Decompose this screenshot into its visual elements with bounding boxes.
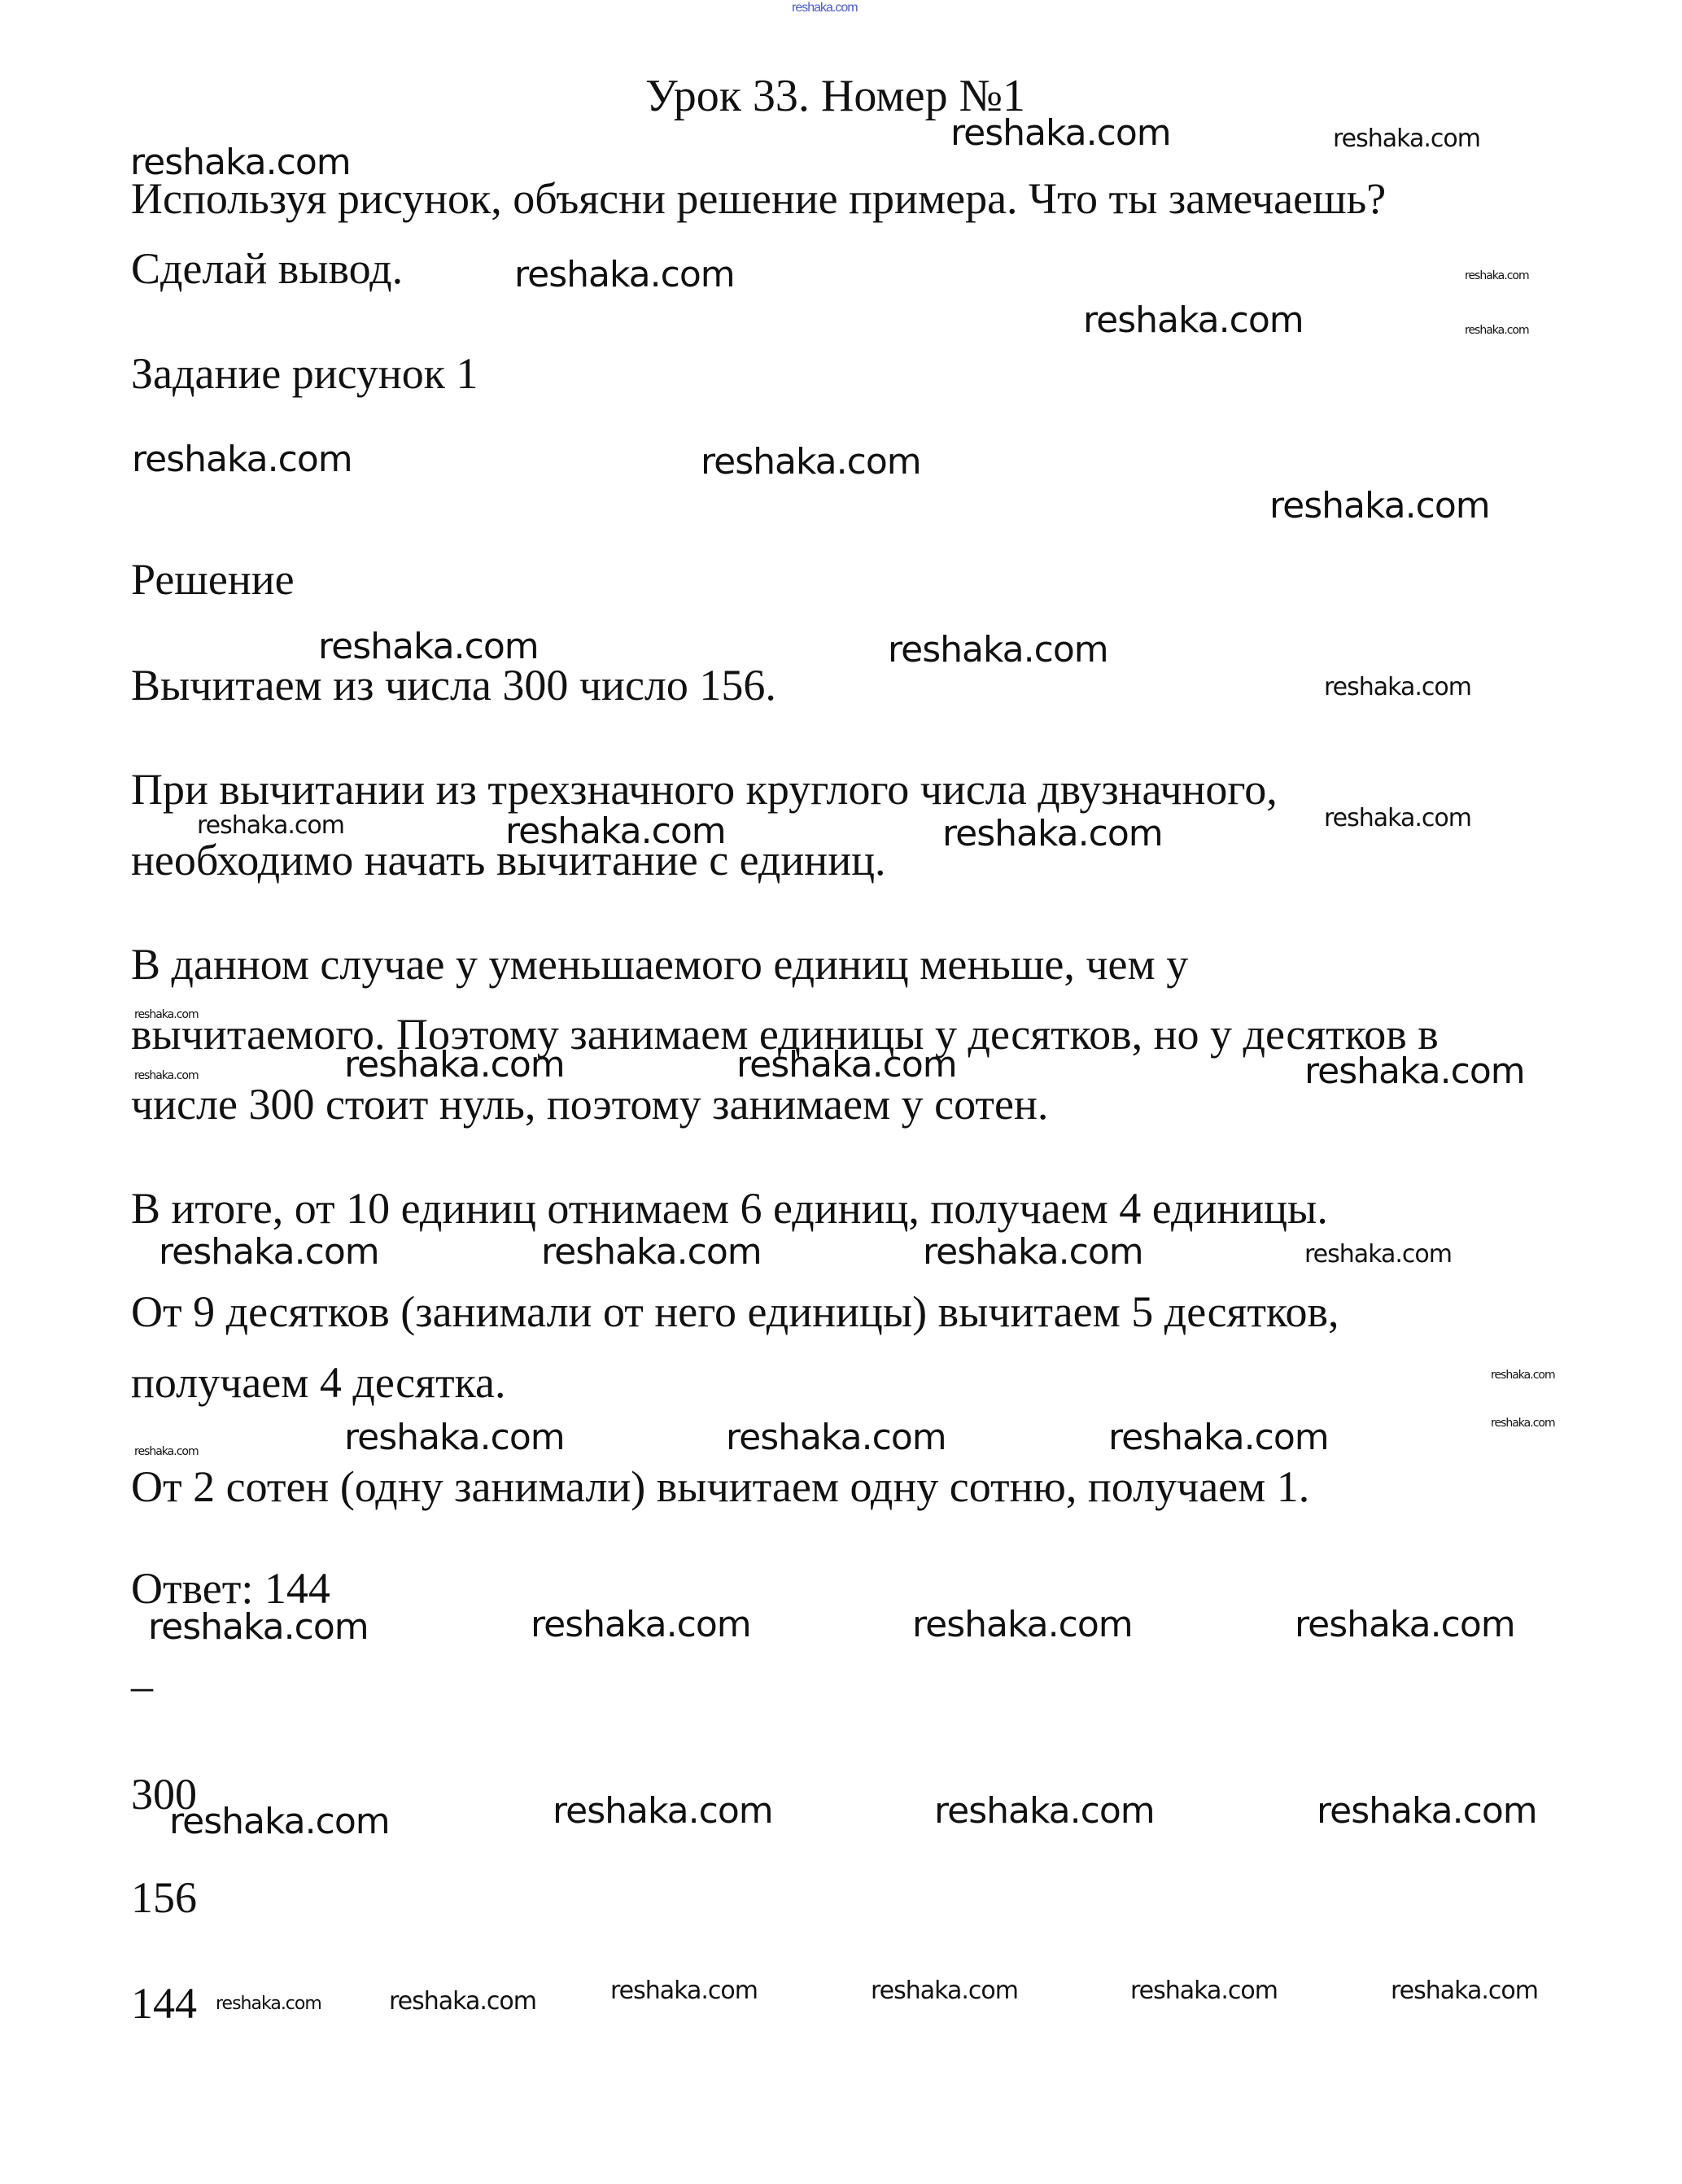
watermark: reshaka.com bbox=[1295, 1607, 1515, 1643]
solution-line: получаем 4 десятка. bbox=[131, 1361, 505, 1404]
solution-line: При вычитании из трехзначного круглого ч… bbox=[131, 767, 1278, 811]
watermark: reshaka.com bbox=[134, 1446, 199, 1457]
watermark: reshaka.com bbox=[134, 1009, 199, 1020]
watermark: reshaka.com bbox=[132, 442, 352, 478]
watermark: reshaka.com bbox=[148, 1610, 369, 1645]
watermark: reshaka.com bbox=[389, 1990, 536, 2014]
watermark: reshaka.com bbox=[159, 1234, 379, 1270]
watermark: reshaka.com bbox=[736, 1047, 957, 1083]
watermark: reshaka.com bbox=[318, 629, 539, 665]
watermark: reshaka.com bbox=[1324, 675, 1471, 700]
watermark: reshaka.com bbox=[505, 814, 726, 850]
watermark: reshaka.com bbox=[344, 1047, 565, 1083]
watermark: reshaka.com bbox=[541, 1234, 762, 1270]
task-line-2: Сделай вывод. bbox=[131, 247, 403, 290]
column-operator: – bbox=[131, 1664, 153, 1708]
watermark: reshaka.com bbox=[871, 1979, 1018, 2003]
watermark: reshaka.com bbox=[1130, 1979, 1278, 2003]
watermark: reshaka.com bbox=[923, 1234, 1143, 1270]
watermark: reshaka.com bbox=[1304, 1054, 1525, 1090]
watermark: reshaka.com bbox=[1324, 806, 1471, 831]
watermark: reshaka.com bbox=[1304, 1243, 1452, 1267]
watermark: reshaka.com bbox=[216, 1995, 321, 2013]
watermark: reshaka.com bbox=[934, 1793, 1155, 1829]
watermark: reshaka.com bbox=[726, 1420, 946, 1456]
watermark: reshaka.com bbox=[1491, 1417, 1555, 1429]
answer: Ответ: 144 bbox=[131, 1566, 330, 1610]
watermark: reshaka.com bbox=[701, 444, 921, 480]
watermark: reshaka.com bbox=[197, 814, 344, 838]
watermark: reshaka.com bbox=[610, 1979, 758, 2003]
watermark: reshaka.com bbox=[169, 1804, 390, 1840]
watermark: reshaka.com bbox=[130, 145, 351, 181]
watermark: reshaka.com bbox=[1391, 1979, 1538, 2003]
watermark: reshaka.com bbox=[134, 1070, 199, 1081]
watermark: reshaka.com bbox=[1491, 1369, 1555, 1381]
solution-line: числе 300 стоит нуль, поэтому занимаем у… bbox=[131, 1082, 1048, 1126]
solution-line: От 9 десятков (занимали от него единицы)… bbox=[131, 1290, 1339, 1334]
solution-line: В данном случае у уменьшаемого единиц ме… bbox=[131, 942, 1188, 986]
watermark: reshaka.com bbox=[1108, 1420, 1329, 1456]
column-result: 144 bbox=[131, 1981, 197, 2025]
watermark: reshaka.com bbox=[1317, 1793, 1537, 1829]
watermark: reshaka.com bbox=[912, 1607, 1133, 1643]
solution-line: В итоге, от 10 единиц отнимаем 6 единиц,… bbox=[131, 1186, 1328, 1230]
watermark: reshaka.com bbox=[1269, 488, 1490, 524]
watermark: reshaka.com bbox=[531, 1607, 751, 1643]
top-watermark: reshaka.com bbox=[792, 2, 858, 15]
solution-heading: Решение bbox=[131, 557, 295, 601]
watermark: reshaka.com bbox=[1083, 303, 1304, 339]
solution-line: Вычитаем из числа 300 число 156. bbox=[131, 663, 776, 707]
watermark: reshaka.com bbox=[1465, 325, 1529, 336]
watermark: reshaka.com bbox=[344, 1420, 565, 1456]
watermark: reshaka.com bbox=[1333, 127, 1480, 151]
figure-label: Задание рисунок 1 bbox=[131, 352, 478, 395]
solution-line: От 2 сотен (одну занимали) вычитаем одну… bbox=[131, 1465, 1309, 1509]
watermark: reshaka.com bbox=[888, 632, 1108, 668]
watermark: reshaka.com bbox=[1465, 270, 1529, 282]
column-subtrahend: 156 bbox=[131, 1876, 197, 1920]
watermark: reshaka.com bbox=[514, 257, 735, 293]
task-line-1: Используя рисунок, объясни решение приме… bbox=[131, 177, 1386, 221]
watermark: reshaka.com bbox=[553, 1793, 773, 1829]
watermark: reshaka.com bbox=[950, 116, 1171, 151]
watermark: reshaka.com bbox=[942, 816, 1163, 852]
